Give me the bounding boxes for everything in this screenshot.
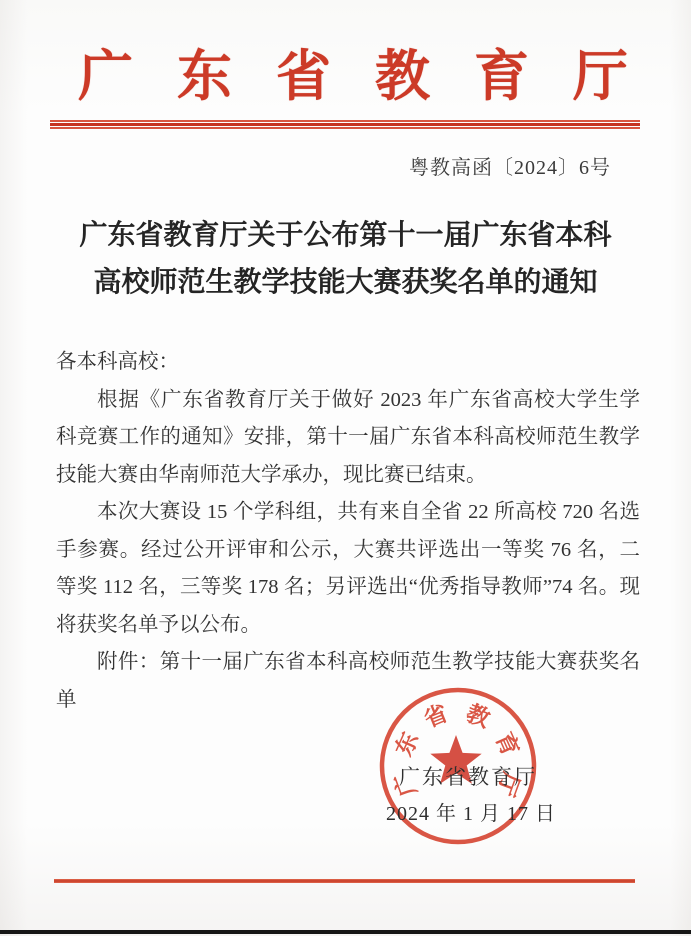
seal-char: 东 (391, 729, 423, 760)
salutation: 各本科高校： (56, 344, 640, 382)
official-document-page: 广东省教育厅 粤教高函〔2024〕6号 广东省教育厅关于公布第十一届广东省本科 … (0, 0, 691, 936)
signature-agency: 广东省教育厅 (399, 761, 537, 791)
masthead-double-rule (50, 120, 640, 129)
footer-red-rule (54, 879, 635, 883)
signature-date: 2024 年 1 月 17 日 (386, 797, 556, 826)
seal-char: 教 (463, 700, 495, 732)
document-number: 粤教高函〔2024〕6号 (409, 151, 611, 180)
photo-bottom-edge (0, 930, 691, 934)
seal-char: 育 (491, 728, 524, 760)
seal-char: 省 (421, 700, 452, 732)
paragraph-results: 本次大赛设 15 个学科组，共有来自全省 22 所高校 720 名选手参赛。经过… (56, 494, 640, 644)
paragraph-background: 根据《广东省教育厅关于做好 2023 年广东省高校大学生学科竞赛工作的通知》安排… (56, 382, 640, 495)
document-title: 广东省教育厅关于公布第十一届广东省本科 高校师范生教学技能大赛获奖名单的通知 (40, 212, 651, 306)
document-body: 各本科高校： 根据《广东省教育厅关于做好 2023 年广东省高校大学生学科竞赛工… (56, 344, 640, 719)
document-title-line1: 广东省教育厅关于公布第十一届广东省本科 (40, 212, 651, 259)
attachment-line: 附件：第十一届广东省本科高校师范生教学技能大赛获奖名单 (56, 644, 640, 719)
document-title-line2: 高校师范生教学技能大赛获奖名单的通知 (40, 259, 651, 306)
agency-masthead: 广东省教育厅 (78, 44, 628, 110)
